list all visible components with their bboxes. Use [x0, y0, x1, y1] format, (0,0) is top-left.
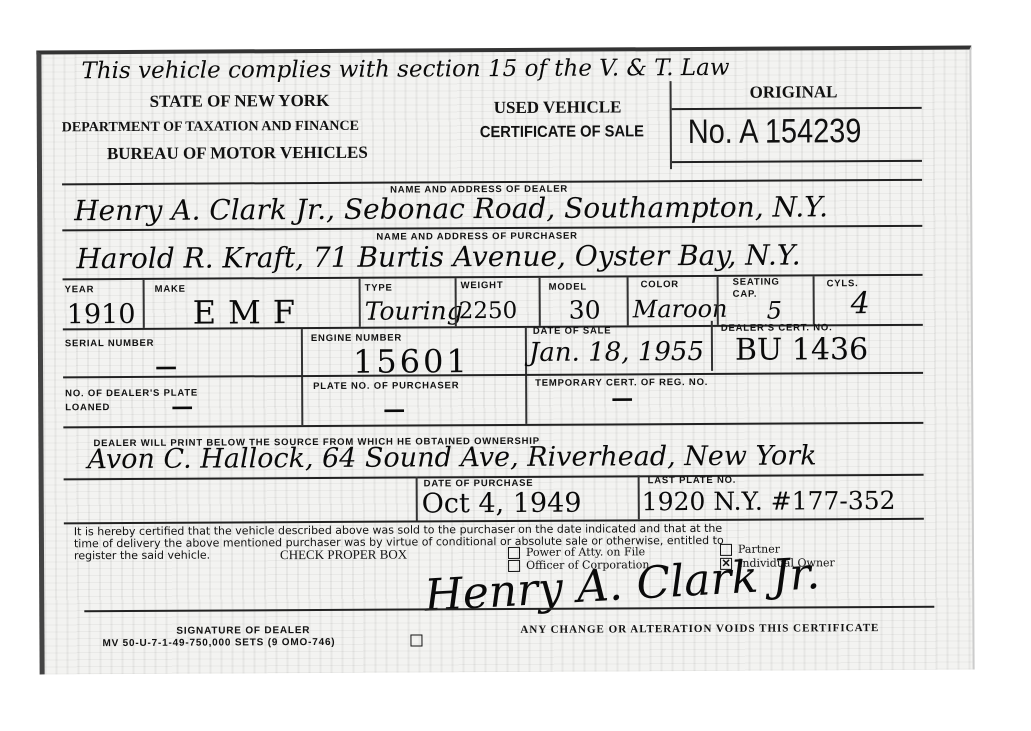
- copy-label: ORIGINAL: [750, 82, 838, 102]
- cell-divider: [717, 277, 719, 325]
- alteration-warning: ANY CHANGE OR ALTERATION VOIDS THIS CERT…: [520, 622, 879, 636]
- cell-divider: [455, 278, 457, 326]
- serial-number-label: SERIAL NUMBER: [65, 338, 154, 349]
- check-proper-box-label: CHECK PROPER BOX: [280, 547, 407, 564]
- model-value: 30: [569, 296, 601, 325]
- form-title-line1: USED VEHICLE: [494, 97, 622, 118]
- dealer-cert-value: BU 1436: [735, 332, 868, 368]
- cell-divider: [813, 276, 815, 324]
- certification-line3: register the said vehicle.: [74, 550, 210, 563]
- dealer-plate-label-line2: LOANED: [65, 402, 110, 413]
- weight-label: WEIGHT: [461, 280, 504, 291]
- header-divider: [670, 81, 672, 169]
- purchaser-name-address: Harold R. Kraft, 71 Burtis Avenue, Oyste…: [76, 238, 800, 275]
- source-value: Avon C. Hallock, 64 Sound Ave, Riverhead…: [87, 440, 816, 475]
- checkbox-power-of-attorney[interactable]: [508, 547, 520, 559]
- form-code: MV 50-U-7-1-49-750,000 SETS (9 OMO-746): [102, 637, 335, 649]
- bureau-name: BUREAU OF MOTOR VEHICLES: [107, 143, 368, 164]
- rule: [63, 422, 923, 429]
- state-name: STATE OF NEW YORK: [150, 91, 330, 112]
- cell-divider: [539, 278, 541, 326]
- cell-divider: [638, 475, 640, 519]
- form-title-line2: CERTIFICATE OF SALE: [480, 123, 644, 142]
- department-name: DEPARTMENT OF TAXATION AND FINANCE: [62, 119, 359, 137]
- last-plate-label: LAST PLATE NO.: [648, 475, 737, 486]
- cell-divider: [416, 476, 418, 520]
- year-label: YEAR: [65, 284, 95, 295]
- make-value: EMF: [193, 293, 308, 332]
- date-of-sale-label: DATE OF SALE: [533, 325, 612, 336]
- cell-divider: [359, 279, 361, 327]
- certificate-number: No. A 154239: [688, 112, 862, 152]
- footer-checkbox[interactable]: [410, 634, 422, 646]
- purchaser-plate-label: PLATE NO. OF PURCHASER: [313, 380, 459, 392]
- seating-label: SEATING CAP.: [733, 276, 793, 300]
- seating-value: 5: [767, 297, 782, 325]
- date-of-purchase-value: Oct 4, 1949: [422, 488, 582, 520]
- certificate-of-sale: This vehicle complies with section 15 of…: [36, 46, 974, 675]
- rule: [63, 372, 923, 379]
- color-value: Maroon: [633, 295, 728, 323]
- last-plate-value: 1920 N.Y. #177-352: [642, 486, 896, 516]
- option-label: Power of Atty. on File: [526, 545, 645, 559]
- signature-label: SIGNATURE OF DEALER: [176, 625, 310, 637]
- cell-divider: [143, 280, 145, 328]
- option-power-of-attorney[interactable]: Power of Atty. on File: [508, 545, 645, 559]
- type-value: Touring: [365, 296, 463, 326]
- make-label: MAKE: [155, 284, 186, 295]
- handwritten-annotation: This vehicle complies with section 15 of…: [81, 55, 729, 84]
- dealer-signature: Henry A. Clark Jr.: [423, 548, 821, 622]
- cell-divider: [711, 321, 713, 371]
- dealer-plate-value: —: [171, 394, 193, 420]
- cyls-value: 4: [851, 286, 870, 321]
- rule: [672, 160, 922, 163]
- date-of-sale-value: Jan. 18, 1955: [529, 337, 704, 368]
- rule: [672, 107, 922, 110]
- purchaser-plate-value: —: [383, 397, 405, 423]
- type-label: TYPE: [365, 283, 393, 294]
- color-label: COLOR: [641, 279, 679, 290]
- weight-value: 2250: [459, 298, 518, 324]
- model-label: MODEL: [549, 282, 587, 293]
- cell-divider: [627, 277, 629, 325]
- temp-cert-value: —: [611, 385, 633, 411]
- year-value: 1910: [67, 299, 136, 330]
- dealer-name-address: Henry A. Clark Jr., Sebonac Road, Southa…: [74, 190, 828, 227]
